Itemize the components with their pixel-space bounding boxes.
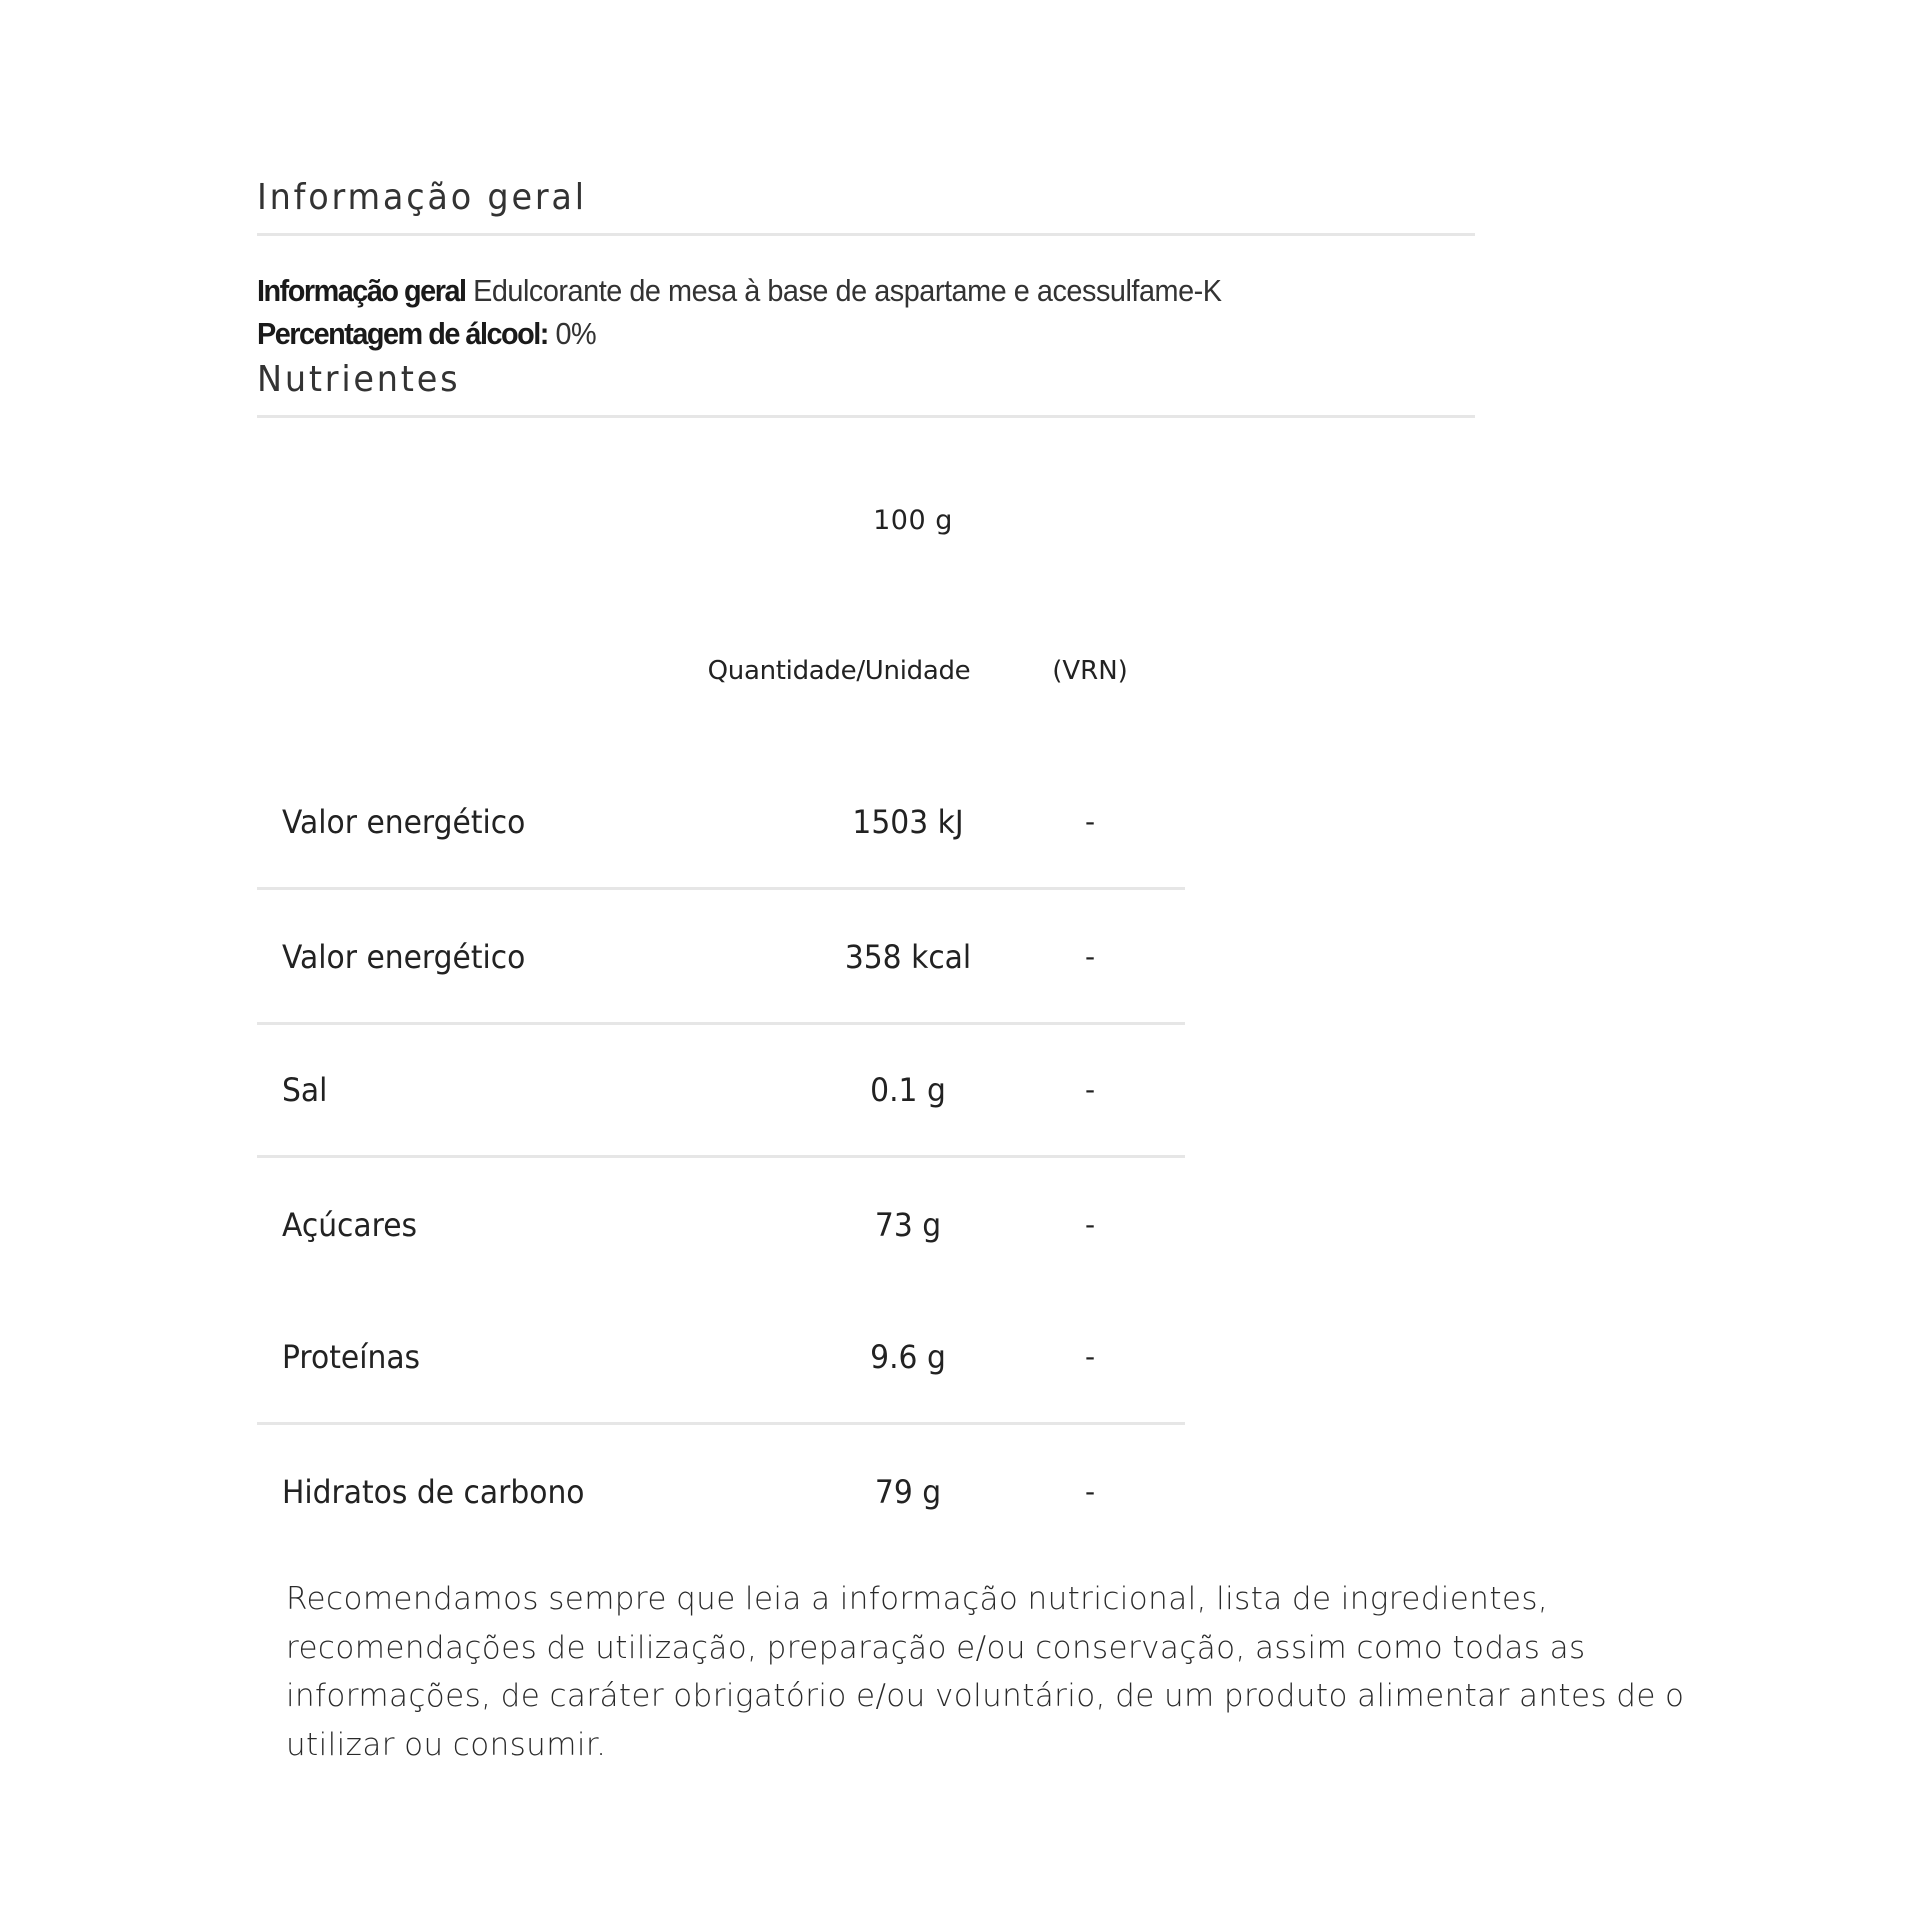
alcohol-line: Percentagem de álcool: 0% xyxy=(257,318,596,349)
row-divider xyxy=(257,1155,1185,1158)
nutrient-quantity: 79 g xyxy=(805,1472,1011,1512)
nutrient-name: Valor energético xyxy=(282,937,525,977)
alcohol-value: 0% xyxy=(555,316,596,351)
nutrient-vrn: - xyxy=(1050,1205,1130,1245)
disclaimer-text: Recomendamos sempre que leia a informaçã… xyxy=(286,1575,1726,1769)
nutrient-quantity: 0.1 g xyxy=(805,1070,1011,1110)
nutrient-row: Valor energético1503 kJ- xyxy=(257,802,1185,842)
nutrient-row: Sal0.1 g- xyxy=(257,1070,1185,1110)
general-info-label: Informação geral xyxy=(257,273,466,308)
nutrient-vrn: - xyxy=(1050,1337,1130,1377)
nutrient-quantity: 358 kcal xyxy=(805,937,1011,977)
row-divider xyxy=(257,1422,1185,1425)
nutrients-heading: Nutrientes xyxy=(257,362,460,398)
row-divider xyxy=(257,887,1185,890)
nutrient-name: Hidratos de carbono xyxy=(282,1472,585,1512)
nutrient-vrn: - xyxy=(1050,1472,1130,1512)
nutrient-row: Proteínas9.6 g- xyxy=(257,1337,1185,1377)
column-header-vrn: (VRN) xyxy=(1040,658,1140,684)
nutrient-name: Sal xyxy=(282,1070,327,1110)
nutrient-vrn: - xyxy=(1050,937,1130,977)
nutrient-quantity: 73 g xyxy=(805,1205,1011,1245)
nutrient-vrn: - xyxy=(1050,1070,1130,1110)
nutrient-row: Hidratos de carbono79 g- xyxy=(257,1472,1185,1512)
nutrient-vrn: - xyxy=(1050,802,1130,842)
nutrient-quantity: 9.6 g xyxy=(805,1337,1011,1377)
nutrient-row: Valor energético358 kcal- xyxy=(257,937,1185,977)
nutrient-name: Açúcares xyxy=(282,1205,417,1245)
general-info-value: Edulcorante de mesa à base de aspartame … xyxy=(473,273,1221,308)
nutrients-divider xyxy=(257,415,1475,418)
column-header-quantity: Quantidade/Unidade xyxy=(698,658,980,684)
general-info-divider xyxy=(257,233,1475,236)
row-divider xyxy=(257,1022,1185,1025)
nutrient-name: Valor energético xyxy=(282,802,525,842)
portion-size: 100 g xyxy=(850,507,976,534)
general-info-heading: Informação geral xyxy=(257,180,587,216)
alcohol-label: Percentagem de álcool: xyxy=(257,316,548,351)
nutrient-row: Açúcares73 g- xyxy=(257,1205,1185,1245)
nutrient-name: Proteínas xyxy=(282,1337,420,1377)
general-info-line: Informação geral Edulcorante de mesa à b… xyxy=(257,275,1222,306)
nutrient-quantity: 1503 kJ xyxy=(805,802,1011,842)
